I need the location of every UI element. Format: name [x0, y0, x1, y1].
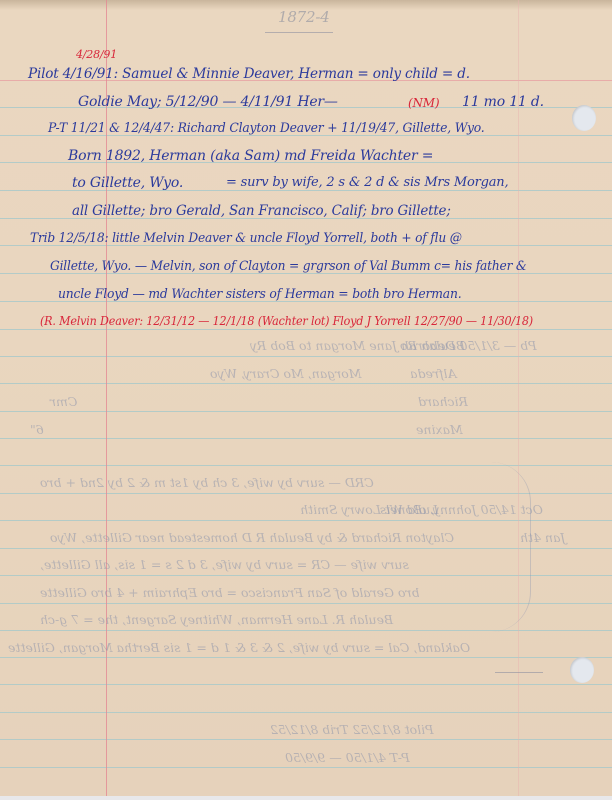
- bleed-through-text: surv wife — CR = surv by wife, 3 d 2 s =…: [40, 557, 409, 572]
- handwritten-line: Goldie May; 5/12/90 — 4/11/91 Her—: [78, 94, 338, 110]
- handwritten-line-red: (NM): [408, 96, 439, 110]
- header-pencil-note: 1872-4: [278, 8, 330, 26]
- bleed-through-text: 6": [30, 422, 44, 437]
- ruled-line: [0, 411, 612, 412]
- bleed-through-text: Pilot 8/12/52 Trib 8/12/52: [270, 722, 434, 737]
- handwritten-line: Trib 12/5/18: little Melvin Deaver & unc…: [30, 231, 462, 246]
- ruled-line: [0, 438, 612, 439]
- bleed-through-text: Cmr: [50, 394, 77, 409]
- handwritten-line: uncle Floyd — md Wachter sisters of Herm…: [58, 287, 461, 302]
- bleed-through-text: Maxine: [416, 422, 463, 437]
- bleed-through-underline: [495, 672, 543, 673]
- handwritten-line: Gillette, Wyo. — Melvin, son of Clayton …: [50, 259, 527, 274]
- red-date-note: 4/28/91: [76, 48, 117, 61]
- bleed-through-text: Beulah R. Lane Herman, Whitney Sargent, …: [40, 612, 393, 627]
- ruled-line: [0, 712, 612, 713]
- bleed-through-text: Beulah Ro: [400, 338, 465, 353]
- ruled-line: [0, 684, 612, 685]
- handwritten-line: = surv by wife, 2 s & 2 d & sis Mrs Morg…: [226, 175, 508, 190]
- right-margin-line: [518, 0, 519, 796]
- handwritten-line: P-T 11/21 & 12/4/47: Richard Clayton Dea…: [48, 121, 485, 136]
- bleed-through-text: Oakland, Cal = surv by wife, 2 & 3 & 1 d…: [8, 640, 470, 655]
- ruled-line: [0, 739, 612, 740]
- punch-hole: [572, 105, 596, 131]
- left-margin-line: [106, 0, 107, 796]
- handwritten-line-red: (R. Melvin Deaver: 12/31/12 — 12/1/18 (W…: [40, 314, 533, 328]
- bleed-through-bracket: [470, 462, 531, 632]
- bleed-through-text: Pb — 3/1/50 Deborah Jane Morgan to Bob R…: [250, 338, 537, 353]
- ruled-line: [0, 356, 612, 357]
- handwritten-line: all Gillette; bro Gerald, San Francisco,…: [72, 203, 451, 219]
- handwritten-line: Born 1892, Herman (aka Sam) md Freida Wa…: [68, 148, 433, 164]
- ruled-line: [0, 657, 612, 658]
- ruled-line: [0, 630, 612, 631]
- notebook-page: 1872-4 4/28/91 Pilot 4/16/91: Samuel & M…: [0, 0, 612, 796]
- bleed-through-text: Richard: [418, 394, 468, 409]
- ruled-line: [0, 383, 612, 384]
- ruled-line: [0, 465, 612, 466]
- bleed-through-text: bro Gerald of San Francisco = bro Ephrai…: [40, 585, 420, 600]
- bleed-through-text: P-T 4/1/50 — 9/9/50: [285, 750, 410, 765]
- bleed-through-text: Clayton Richard & by Beulah R D homestea…: [50, 530, 454, 545]
- handwritten-line: 11 mo 11 d.: [462, 94, 544, 110]
- handwritten-line: Pilot 4/16/91: Samuel & Minnie Deaver, H…: [28, 66, 470, 82]
- ruled-line: [0, 767, 612, 768]
- header-underline: [265, 32, 333, 33]
- bleed-through-text: Morgan, Mo Crary, Wyo: [210, 366, 362, 381]
- bleed-through-text: CRD — surv by wife, 3 ch by 1st m & 2 by…: [40, 475, 374, 490]
- ruled-line: [0, 329, 612, 330]
- punch-hole: [570, 657, 594, 683]
- handwritten-line: to Gillette, Wyo.: [72, 175, 183, 191]
- bleed-through-text: Alfreda: [410, 366, 456, 381]
